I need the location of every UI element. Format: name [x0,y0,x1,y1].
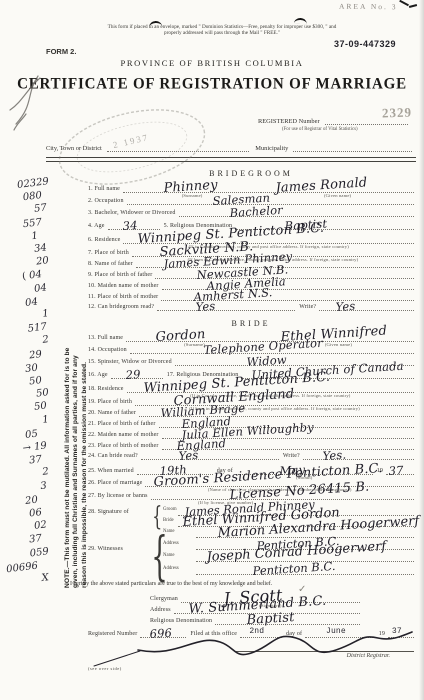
dotted-line: Penticton B.C. [196,564,414,575]
witness2-address: Penticton B.C. [252,560,336,577]
dotted-line: Yes. [303,448,414,460]
field-label: 27. By license or banns [88,493,151,500]
witness-name-label: Name [163,529,174,534]
dotted-line: Yes [319,299,414,311]
dotted-line: (If in Canada, province, county and post… [123,232,414,244]
groom-signature-label: Groom [163,507,177,512]
field-label: 28. Signature of [88,509,132,516]
handwritten-value: Yes [195,300,215,313]
bride-signature-label: Bride [163,518,174,523]
dotted-line: 37 [386,463,414,475]
field-label: 24. Can bride read? [88,453,141,460]
dotted-line [325,117,408,125]
field-label: 12. Can bridegroom read? [88,304,157,311]
field-label: 6. Residence [88,237,123,244]
registered-number-label: REGISTERED Number [258,118,323,125]
field-label: 18. Residence [88,386,127,393]
field-label: 26. Place of marriage [88,480,145,487]
registrar-signature [78,624,418,672]
field-label: 15. Spinster, Widow or Divorced [88,359,175,366]
note-line2: given, including full Christian and Surn… [72,250,80,588]
note-line1: NOTE.—This form must not be mutilated. A… [64,250,72,588]
field-label: 16. Age [88,372,111,379]
field-label: 3. Bachelor, Widower or Divorced [88,210,179,217]
row-bride-read-write: 24. Can bride read? Yes Write? Yes. [88,448,414,460]
field-label: 4. Age [88,223,108,230]
field-label: Write? [279,453,303,460]
stamp-date-text: 2 1937 [112,132,150,150]
field-label: 2. Occupation [88,198,127,205]
field-label: 25. When married [88,468,137,475]
form-number-label: FORM 2. [46,47,76,56]
handwritten-value: Yes [179,449,199,462]
row-groom-status: 3. Bachelor, Widower or Divorced Bachelo… [88,205,414,217]
handwritten-value: 29 [126,368,142,381]
handwritten-value: 34 [122,219,138,232]
ink-edge-mark [399,0,409,7]
handwritten-value: Bachelor [230,204,284,219]
registered-number-value: 696 [149,627,172,640]
area-number-stamp: AREA No. 3 [339,2,398,12]
handwritten-value: Yes [336,300,356,313]
handwritten-value: Phinney [164,180,219,195]
certificate-title: CERTIFICATE OF REGISTRATION OF MARRIAGE [0,75,424,93]
handwritten-value: Gordon [155,329,205,344]
mail-notice: This form if placed in an envelope, mark… [62,24,382,37]
dotted-line: (Given name) James Ronald [261,181,414,193]
clergyman-denomination: Baptist [246,612,295,627]
dotted-line: 29 [111,367,163,379]
marriage-certificate-document: AREA No. 3 This form if placed in an env… [0,0,424,700]
certification-statement: I certify the above stated particulars a… [70,581,272,587]
margin-number-column: 0232908057557134200404041517229305050501… [2,178,49,587]
witness-address-label: Address [163,566,179,571]
dotted-line: (Surname) Phinney [123,181,261,193]
registered-number-row: REGISTERED Number [258,117,410,125]
row-license-or-banns: 27. By license or banns (If by license, … [88,488,414,500]
vertical-note: NOTE.—This form must not be mutilated. A… [64,250,89,588]
file-number-stamp: 37-09-447329 [334,39,396,49]
dotted-line [293,144,412,152]
row-groom-read-write: 12. Can bridegroom read? Yes Write? Yes [88,299,414,311]
field-label: 29. Witnesses [88,546,126,553]
municipality-label: Municipality [251,145,291,152]
dotted-line: 34 [108,218,160,230]
field-label: Write? [295,304,319,311]
see-over-note: (see over side) [88,666,122,671]
ink-edge-mark [409,4,417,8]
handwritten-value: Yes. [322,449,346,462]
witness-name-label: Name [163,553,174,558]
pencil-scribble [2,70,48,142]
field-label: 1. Full name [88,186,123,193]
field-label: 14. Occupation [88,347,130,354]
field-label: 13. Full name [88,335,126,342]
witness-address-label: Address [163,541,179,546]
mail-notice-line2: properly addressed will pass through the… [62,30,382,36]
province-title: PROVINCE OF BRITISH COLUMBIA [0,58,424,68]
handwritten-value: 37 [389,464,405,477]
registered-number-sublabel: (For use of Registrar of Vital Statistic… [282,127,358,132]
